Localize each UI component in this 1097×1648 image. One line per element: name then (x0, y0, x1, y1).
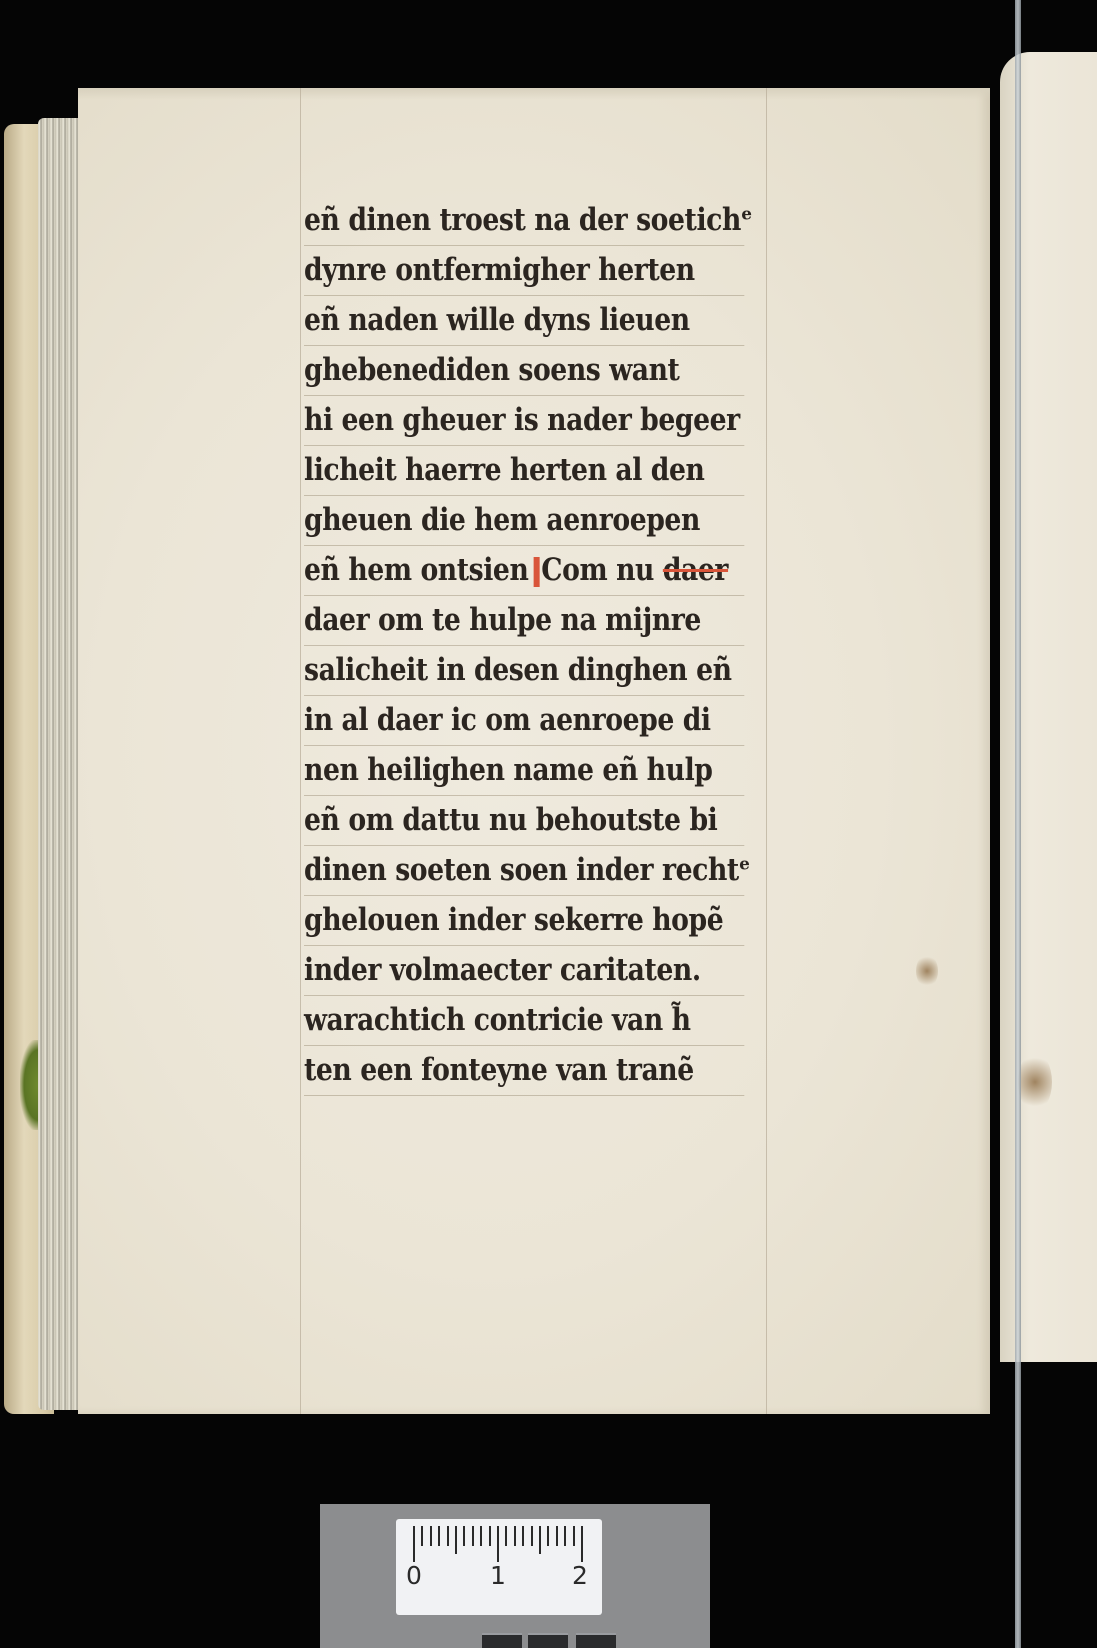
ruler-tick (573, 1526, 575, 1546)
ruling-line-left (300, 88, 301, 1414)
glass-plate-edge (1015, 0, 1021, 1648)
text-line: dynre ontfermigher herten (304, 246, 744, 296)
ruler-tick (556, 1526, 558, 1546)
clip (482, 1633, 522, 1648)
ruler-tick (480, 1526, 482, 1546)
ruler-tick (447, 1526, 449, 1546)
ruler-tick (430, 1526, 432, 1546)
text-line: ten een fonteyne van tranẽ (304, 1046, 744, 1096)
rubric-word: Com nu (541, 552, 654, 588)
ruler-tick (514, 1526, 516, 1546)
ruler-tick (505, 1526, 507, 1546)
ruler-tick (413, 1526, 415, 1562)
ruler-tick (472, 1526, 474, 1546)
ruler-label-1: 1 (490, 1561, 506, 1590)
ruler-tick (421, 1526, 423, 1546)
text-line: salicheit in desen dinghen eñ (304, 646, 744, 696)
foxing-stain (916, 954, 938, 988)
text-line: inder volmaecter caritaten. (304, 946, 744, 996)
struck-word: daer (663, 552, 728, 588)
text-line: dinen soeten soen inder rechtᵉ (304, 846, 744, 896)
ruler-tick (489, 1526, 491, 1546)
text-line: nen heilighen name eñ hulp (304, 746, 744, 796)
text-line-rubric: eñ hem ontsienCom nu daer (304, 546, 744, 596)
ruler-tick (531, 1526, 533, 1546)
ruler-tick (455, 1526, 457, 1554)
ruler-ticks (413, 1526, 593, 1564)
text-block: eñ dinen troest na der soetichᵉ dynre on… (304, 196, 816, 1096)
text-line: warachtich contricie van h̃ (304, 996, 744, 1046)
text-line: eñ dinen troest na der soetichᵉ (304, 196, 744, 246)
text-line: eñ om dattu nu behoutste bi (304, 796, 744, 846)
ruler-tick (438, 1526, 440, 1546)
text-line: ghebenediden soens want (304, 346, 744, 396)
text-line: licheit haerre herten al den (304, 446, 744, 496)
ruler-tick (463, 1526, 465, 1546)
manuscript-page: eñ dinen troest na der soetichᵉ dynre on… (78, 88, 990, 1414)
rubric-mark (534, 557, 540, 587)
ruler-tick (564, 1526, 566, 1546)
foxing-stain (1018, 1052, 1052, 1112)
ruler-label-0: 0 (406, 1561, 422, 1590)
text-segment: eñ hem ontsien (304, 552, 528, 588)
clip (528, 1633, 568, 1648)
ruler-tick (547, 1526, 549, 1546)
text-line: daer om te hulpe na mijnre (304, 596, 744, 646)
page-shadow (78, 88, 990, 100)
ruler-label-2: 2 (572, 1561, 588, 1590)
ruler-tick (522, 1526, 524, 1546)
ruler-tick (539, 1526, 541, 1554)
clip (576, 1633, 616, 1648)
ruler-tick (497, 1526, 499, 1562)
text-line: hi een gheuer is nader begeer (304, 396, 744, 446)
text-line: ghelouen inder sekerre hopẽ (304, 896, 744, 946)
scale-ruler: 0 1 2 (396, 1519, 602, 1615)
text-line: gheuen die hem aenroepen (304, 496, 744, 546)
text-line: in al daer ic om aenroepe di (304, 696, 744, 746)
ruler-tick (581, 1526, 583, 1562)
text-line: eñ naden wille dyns lieuen (304, 296, 744, 346)
